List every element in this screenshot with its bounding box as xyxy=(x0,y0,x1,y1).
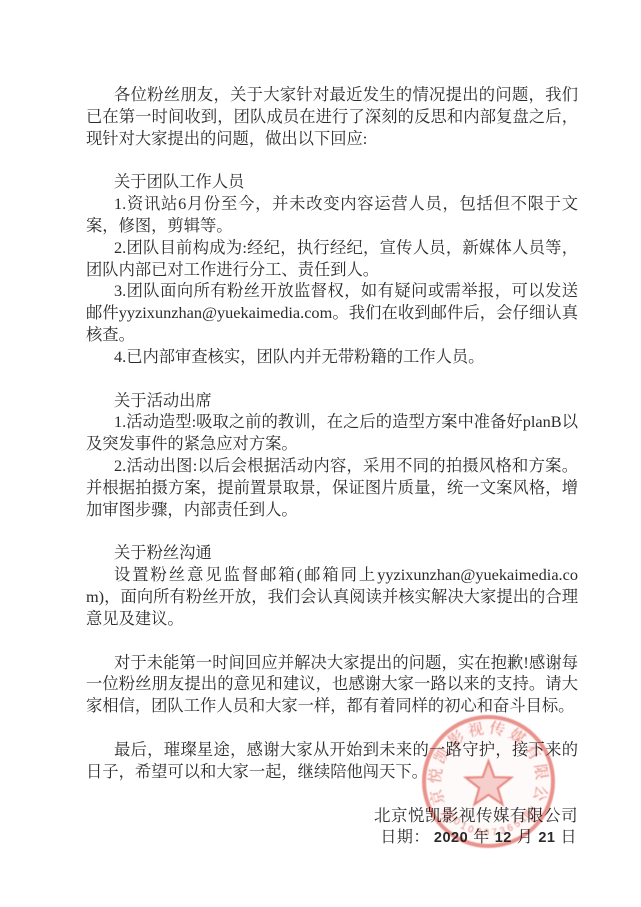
date-day-unit: 日 xyxy=(560,829,577,846)
date-year-unit: 年 xyxy=(473,829,490,846)
section-team-staff: 关于团队工作人员 1.资讯站6月份至今，并未改变内容运营人员，包括但不限于文案，… xyxy=(86,171,578,367)
date-day: 21 xyxy=(538,830,555,846)
section-item: 2.活动出图:以后会根据活动内容，采用不同的拍摄风格和方案。并根据拍摄方案，提前… xyxy=(86,455,578,520)
signature-date: 日期：2020年12月21日 xyxy=(86,827,578,850)
section-item: 2.团队目前构成为:经纪，执行经纪，宣传人员，新媒体人员等，团队内部已对工作进行… xyxy=(86,237,578,281)
date-month: 12 xyxy=(495,830,512,846)
section-item: 4.已内部审查核实，团队内并无带粉籍的工作人员。 xyxy=(86,346,578,368)
intro-paragraph: 各位粉丝朋友，关于大家针对最近发生的情况提出的问题，我们已在第一时间收到，团队成… xyxy=(86,84,578,149)
section-fan-communication: 关于粉丝沟通 设置粉丝意见监督邮箱(邮箱同上yyzixunzhan@yuekai… xyxy=(86,542,578,629)
date-year: 2020 xyxy=(434,830,468,846)
section-heading: 关于活动出席 xyxy=(86,390,578,412)
section-item: 1.资讯站6月份至今，并未改变内容运营人员，包括但不限于文案，修图，剪辑等。 xyxy=(86,193,578,237)
closing-paragraph: 最后，璀璨星途，感谢大家从开始到未来的一路守护，接下来的日子，希望可以和大家一起… xyxy=(86,739,578,783)
signature-company-name: 北京悦凯影视传媒有限公司 xyxy=(86,805,578,827)
date-month-unit: 月 xyxy=(517,829,534,846)
section-event-attendance: 关于活动出席 1.活动造型:吸取之前的教训，在之后的造型方案中准备好planB以… xyxy=(86,390,578,521)
section-heading: 关于粉丝沟通 xyxy=(86,542,578,564)
signature-block: 北京悦凯影视传媒有限公司 日期：2020年12月21日 xyxy=(86,805,578,851)
section-item: 设置粉丝意见监督邮箱(邮箱同上yyzixunzhan@yuekaimedia.c… xyxy=(86,564,578,629)
document-page: 各位粉丝朋友，关于大家针对最近发生的情况提出的问题，我们已在第一时间收到，团队成… xyxy=(0,0,641,907)
section-item: 1.活动造型:吸取之前的教训，在之后的造型方案中准备好planB以及突发事件的紧… xyxy=(86,411,578,455)
apology-paragraph: 对于未能第一时间回应并解决大家提出的问题，实在抱歉!感谢每一位粉丝朋友提出的意见… xyxy=(86,652,578,717)
section-item: 3.团队面向所有粉丝开放监督权，如有疑问或需举报，可以发送邮件yyzixunzh… xyxy=(86,280,578,345)
section-heading: 关于团队工作人员 xyxy=(86,171,578,193)
date-label: 日期： xyxy=(380,829,430,846)
